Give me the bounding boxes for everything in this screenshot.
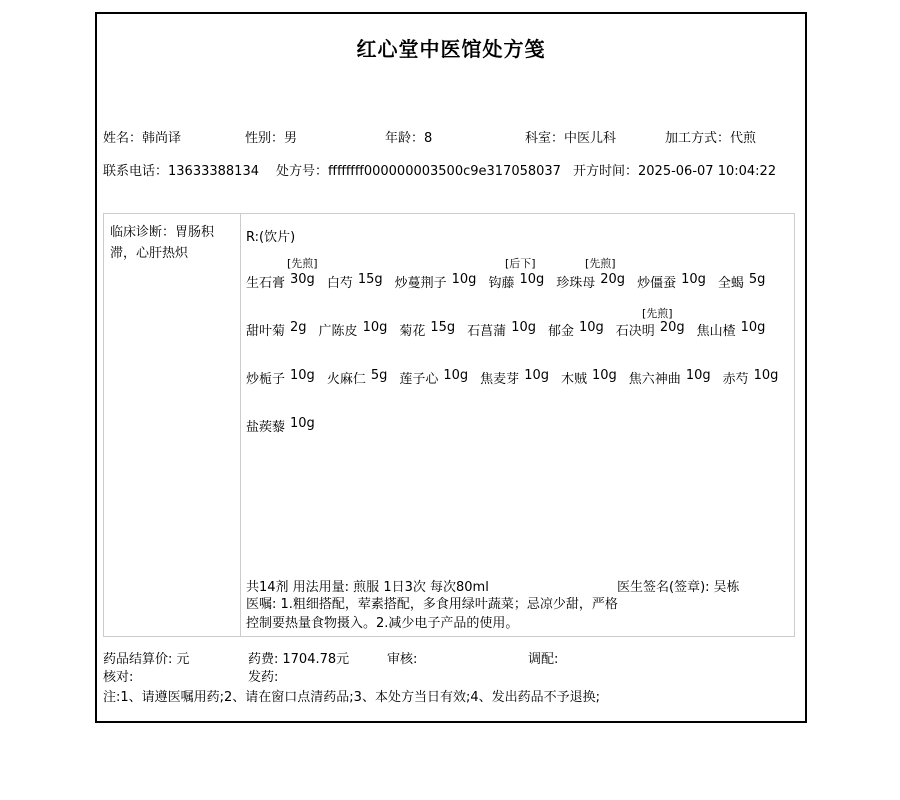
doctor-signature: 医生签名(签章):吴栋 — [617, 576, 740, 595]
herb-item: 郁金10g — [548, 320, 604, 339]
processing-method-value: 代煎 — [730, 131, 756, 146]
patient-name-label: 姓名： — [103, 131, 142, 146]
decoction-annotation: [后下] — [505, 255, 536, 271]
decoction-annotation-row: [先煎] — [241, 305, 794, 319]
prescription-content: R:(饮片) [先煎] [后下] [先煎] 生石膏30g 白芍15g 炒蔓荆子1… — [241, 214, 794, 636]
patient-gender-value: 男 — [284, 131, 297, 146]
herb-item: 炒蔓荆子10g — [395, 272, 477, 291]
herb-item: 钩藤10g — [488, 272, 544, 291]
rx-number-value: ffffffff000000003500c9e317058037 — [328, 164, 561, 179]
usage-instructions: 共14剂 用法用量: 煎服 1日3次 每次80ml — [246, 576, 489, 595]
decoction-annotation: [先煎] — [287, 255, 318, 271]
rx-number-label: 处方号： — [276, 164, 328, 179]
medicine-fee-field: 药费:1704.78元 — [248, 648, 349, 667]
patient-gender-field: 性别：男 — [245, 127, 297, 146]
patient-name-value: 韩尚译 — [142, 131, 181, 146]
herb-item: 莲子心10g — [399, 368, 468, 387]
dispense-prepare-field: 调配: — [528, 648, 562, 667]
herb-item: 石决明20g — [616, 320, 685, 339]
decoction-annotation: [先煎] — [642, 305, 673, 321]
herb-item: 白芍15g — [327, 272, 383, 291]
rx-time-value: 2025-06-07 10:04:22 — [638, 164, 776, 179]
processing-method-label: 加工方式： — [665, 131, 730, 146]
page-title: 红心堂中医馆处方笺 — [97, 33, 805, 62]
settlement-price-field: 药品结算价:元 — [103, 648, 189, 667]
rx-time-label: 开方时间： — [573, 164, 638, 179]
doctor-signature-value: 吴栋 — [714, 580, 740, 595]
patient-name-field: 姓名：韩尚译 — [103, 127, 181, 146]
check-field: 核对: — [103, 666, 137, 685]
prescription-box: 临床诊断：胃肠积滞，心肝热炽 R:(饮片) [先煎] [后下] [先煎] 生石膏… — [103, 213, 795, 637]
patient-gender-label: 性别： — [245, 131, 284, 146]
patient-department-value: 中医儿科 — [564, 131, 616, 146]
patient-age-value: 8 — [424, 131, 432, 146]
diagnosis-label: 临床诊断： — [110, 225, 175, 240]
rx-header: R:(饮片) — [246, 226, 295, 245]
herb-item: 木贼10g — [561, 368, 617, 387]
herb-item: 焦六神曲10g — [629, 368, 711, 387]
processing-method-field: 加工方式：代煎 — [665, 127, 756, 146]
herb-line: 生石膏30g 白芍15g 炒蔓荆子10g 钩藤10g 珍珠母20g 炒僵蚕10g… — [246, 272, 765, 291]
footer-note: 注:1、请遵医嘱用药;2、请在窗口点清药品;3、本处方当日有效;4、发出药品不予… — [103, 686, 600, 705]
decoction-annotation: [先煎] — [585, 255, 616, 271]
herb-line: 甜叶菊2g 广陈皮10g 菊花15g 石菖蒲10g 郁金10g 石决明20g 焦… — [246, 320, 765, 339]
rx-number-field: 处方号：ffffffff000000003500c9e317058037 — [276, 160, 561, 179]
herb-item: 焦麦芽10g — [480, 368, 549, 387]
herb-line: 炒栀子10g 火麻仁5g 莲子心10g 焦麦芽10g 木贼10g 焦六神曲10g… — [246, 368, 778, 387]
herb-item: 盐蒺藜10g — [246, 416, 315, 435]
patient-department-field: 科室：中医儿科 — [525, 127, 616, 146]
patient-age-field: 年龄：8 — [385, 127, 432, 146]
herb-item: 赤芍10g — [723, 368, 779, 387]
herb-line: 盐蒺藜10g — [246, 416, 315, 435]
prescription-page: 红心堂中医馆处方笺 姓名：韩尚译 性别：男 年龄：8 科室：中医儿科 加工方式：… — [95, 12, 807, 723]
rx-time-field: 开方时间：2025-06-07 10:04:22 — [573, 160, 776, 179]
herb-item: 甜叶菊2g — [246, 320, 307, 339]
phone-value: 13633388134 — [168, 164, 259, 179]
prescription-screenshot: { "title": "红心堂中医馆处方笺", "patient": { "na… — [0, 0, 900, 800]
herb-item: 炒栀子10g — [246, 368, 315, 387]
herb-item: 珍珠母20g — [556, 272, 625, 291]
medical-advice: 医嘱: 1.粗细搭配，荤素搭配，多食用绿叶蔬菜；忌凉少甜，严格控制要热量食物摄入… — [246, 595, 628, 633]
decoction-annotation-row: [先煎] [后下] [先煎] — [241, 255, 794, 269]
herb-item: 生石膏30g — [246, 272, 315, 291]
phone-label: 联系电话： — [103, 164, 168, 179]
herb-item: 火麻仁5g — [327, 368, 388, 387]
herb-item: 石菖蒲10g — [467, 320, 536, 339]
herb-item: 炒僵蚕10g — [637, 272, 706, 291]
issue-medicine-field: 发药: — [248, 666, 282, 685]
patient-department-label: 科室： — [525, 131, 564, 146]
herb-item: 焦山楂10g — [697, 320, 766, 339]
clinical-diagnosis: 临床诊断：胃肠积滞，心肝热炽 — [104, 214, 241, 636]
herb-item: 广陈皮10g — [319, 320, 388, 339]
herb-item: 菊花15g — [399, 320, 455, 339]
doctor-signature-label: 医生签名(签章): — [617, 580, 710, 595]
review-field: 审核: — [387, 648, 421, 667]
patient-age-label: 年龄： — [385, 131, 424, 146]
phone-field: 联系电话：13633388134 — [103, 160, 259, 179]
herb-item: 全蝎5g — [718, 272, 766, 291]
